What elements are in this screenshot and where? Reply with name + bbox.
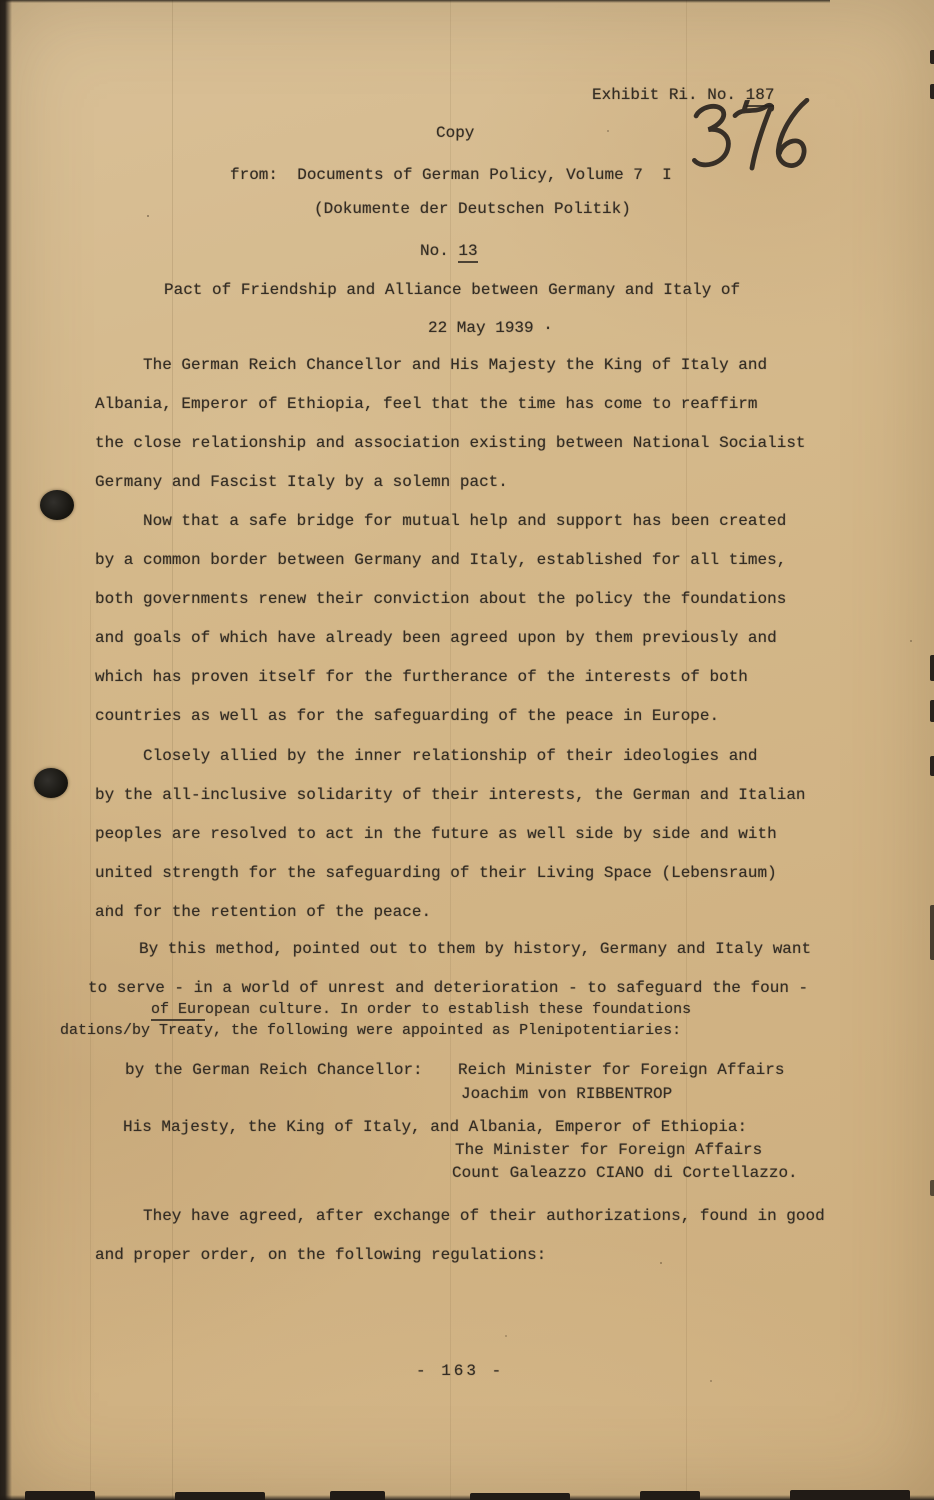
doc-no-value: 13 <box>458 242 477 263</box>
scan-edge-chunk <box>330 1491 385 1500</box>
body-line: the close relationship and association e… <box>95 424 806 463</box>
scan-edge-chunk <box>470 1493 570 1500</box>
body-line: countries as well as for the safeguardin… <box>95 697 786 736</box>
scan-edge-left <box>0 0 12 1500</box>
paragraph-4-line-3: dations/by Treaty, the following were ap… <box>60 1022 681 1039</box>
pleni-german-minister: Reich Minister for Foreign Affairs <box>458 1061 784 1079</box>
scan-edge-mark <box>930 1180 934 1196</box>
paragraph-3: Closely allied by the inner relationship… <box>95 737 806 932</box>
paragraph-4-line-1: By this method, pointed out to them by h… <box>139 940 811 958</box>
body-line: Now that a safe bridge for mutual help a… <box>95 502 786 541</box>
body-line: which has proven itself for the furthera… <box>95 658 786 697</box>
pleni-italian-minister: The Minister for Foreign Affairs <box>455 1141 762 1159</box>
source-title: Documents of German Policy, Volume 7 I <box>297 166 671 184</box>
pleni-italian-label: His Majesty, the King of Italy, and Alba… <box>123 1118 747 1136</box>
copy-label: Copy <box>436 124 474 142</box>
body-line: and proper order, on the following regul… <box>95 1236 825 1275</box>
handwritten-page-number: 376 <box>685 98 818 182</box>
page-number: - 163 - <box>416 1362 504 1380</box>
paper-crease <box>90 600 91 1500</box>
body-line: both governments renew their conviction … <box>95 580 786 619</box>
body-line: peoples are resolved to act in the futur… <box>95 815 806 854</box>
body-line: Closely allied by the inner relationship… <box>95 737 806 776</box>
body-line: and goals of which have already been agr… <box>95 619 786 658</box>
scan-edge-mark <box>930 700 934 722</box>
paper-specks <box>147 215 149 217</box>
scan-edge-chunk <box>790 1490 910 1500</box>
paragraph-1: The German Reich Chancellor and His Maje… <box>95 346 806 502</box>
pleni-german-label: by the German Reich Chancellor: <box>125 1061 423 1079</box>
body-line: They have agreed, after exchange of thei… <box>95 1197 825 1236</box>
hole-punch <box>40 490 74 520</box>
hole-punch <box>34 768 68 798</box>
pleni-italian-name: Count Galeazzo CIANO di Cortellazzo. <box>452 1164 798 1182</box>
document-page: Exhibit Ri. No. 187 376 Copy from: Docum… <box>0 0 934 1500</box>
scan-edge-mark <box>930 655 934 681</box>
document-title: Pact of Friendship and Alliance between … <box>164 281 740 299</box>
pleni-german-name: Joachim von RIBBENTROP <box>461 1085 672 1103</box>
paragraph-4-line-2: to serve - in a world of unrest and dete… <box>88 979 808 997</box>
handwritten-376-strokes <box>685 98 818 182</box>
scan-edge-chunk <box>25 1491 95 1500</box>
scan-edge-mark <box>930 756 934 776</box>
body-line: and for the retention of the peace. <box>95 893 806 932</box>
paragraph-4-inserted-line: of European culture. In order to establi… <box>151 1001 691 1018</box>
body-line: united strength for the safeguarding of … <box>95 854 806 893</box>
closing-paragraph: They have agreed, after exchange of thei… <box>95 1197 825 1275</box>
scan-edge-chunk <box>175 1492 265 1500</box>
document-number: No. 13 <box>420 242 478 260</box>
scan-edge-top <box>0 0 830 3</box>
source-line-2: (Dokumente der Deutschen Politik) <box>314 200 631 218</box>
body-line: The German Reich Chancellor and His Maje… <box>95 346 806 385</box>
source-line-1: from: Documents of German Policy, Volume… <box>230 166 672 184</box>
scan-edge-mark <box>930 905 934 960</box>
body-line: by the all-inclusive solidarity of their… <box>95 776 806 815</box>
body-line: Albania, Emperor of Ethiopia, feel that … <box>95 385 806 424</box>
doc-no-label: No. <box>420 242 449 260</box>
scan-edge-mark <box>930 84 934 99</box>
scan-edge-mark <box>930 50 934 64</box>
inserted-rest-text: opean culture. In order to establish the… <box>205 1001 691 1018</box>
paragraph-2: Now that a safe bridge for mutual help a… <box>95 502 786 736</box>
document-date: 22 May 1939 · <box>428 319 553 337</box>
from-label: from: <box>230 166 278 184</box>
inserted-underlined-text: of Eur <box>151 1001 205 1021</box>
body-line: Germany and Fascist Italy by a solemn pa… <box>95 463 806 502</box>
scan-edge-chunk <box>640 1491 700 1500</box>
body-line: by a common border between Germany and I… <box>95 541 786 580</box>
